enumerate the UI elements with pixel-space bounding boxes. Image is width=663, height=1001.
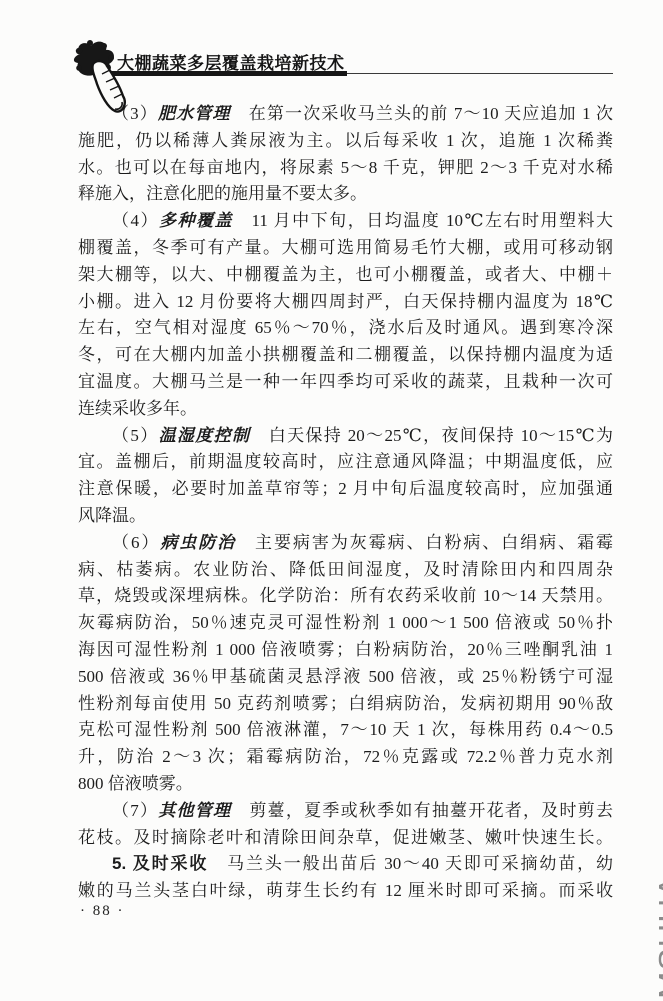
- para-8-timely-harvest: 5. 及时采收 马兰头一般出苗后 30～40 天即可采摘幼苗，幼嫩的马兰头茎白叶…: [78, 851, 613, 905]
- para-6-pest-disease-control: （6）病虫防治 主要病害为灰霉病、白粉病、白绢病、霜霉病、枯萎病。农业防治、降低…: [78, 530, 613, 798]
- text-line: 左右，空气相对湿度 65％～70％，浇水后及时通风。遇到寒冷深: [78, 315, 613, 342]
- vegetable-logo-icon: [70, 38, 132, 126]
- page-number: · 88 ·: [80, 903, 125, 920]
- text-line: 500 倍液或 36％甲基硫菌灵悬浮液 500 倍液，或 25％粉锈宁可湿: [78, 664, 613, 691]
- text-line: 海因可湿性粉剂 1 000 倍液喷雾；白粉病防治，20％三唑酮乳油 1: [78, 637, 613, 664]
- text-line: 小棚。进入 12 月份要将大棚四周封严，白天保持棚内温度为 18℃: [78, 289, 613, 316]
- text-line: 释施入，注意化肥的施用量不要太多。: [78, 181, 613, 208]
- watermark-text: MSHUA: [652, 875, 663, 999]
- text-line: 病、枯萎病。农业防治、降低田间湿度，及时清除田内和四周杂: [78, 557, 613, 584]
- text-line: （4）多种覆盖 11 月中下旬，日均温度 10℃左右时用塑料大: [78, 208, 613, 235]
- book-page: 大棚蔬菜多层覆盖栽培新技术 （3）肥水管理 在第一次采收马兰头的前 7～10 天…: [0, 0, 663, 1001]
- text-line: 嫩的马兰头茎白叶绿，萌芽生长约有 12 厘米时即可采摘。而采收: [78, 878, 613, 905]
- text-line: （5）温湿度控制 白天保持 20～25℃，夜间保持 10～15℃为: [78, 423, 613, 450]
- para-3-fertilizer-water: （3）肥水管理 在第一次采收马兰头的前 7～10 天应追加 1 次施肥，仍以稀薄…: [78, 101, 613, 208]
- para-5-temp-humidity-control: （5）温湿度控制 白天保持 20～25℃，夜间保持 10～15℃为宜。盖棚后，前…: [78, 423, 613, 530]
- text-line: 连续采收多年。: [78, 396, 613, 423]
- text-line: （3）肥水管理 在第一次采收马兰头的前 7～10 天应追加 1 次: [78, 101, 613, 128]
- text-line: 升，防治 2～3 次；霜霉病防治，72％克露或 72.2％普力克水剂: [78, 744, 613, 771]
- para-4-multi-layer-cover: （4）多种覆盖 11 月中下旬，日均温度 10℃左右时用塑料大棚覆盖，冬季可有产…: [78, 208, 613, 422]
- text-line: 5. 及时采收 马兰头一般出苗后 30～40 天即可采摘幼苗，幼: [78, 851, 613, 878]
- text-line: 性粉剂每亩使用 50 克药剂喷雾；白绢病防治，发病初期用 90％敌: [78, 691, 613, 718]
- text-line: 草，烧毁或深埋病株。化学防治：所有农药采收前 10～14 天禁用。: [78, 583, 613, 610]
- text-line: 灰霉病防治，50％速克灵可湿性粉剂 1 000～1 500 倍液或 50％扑: [78, 610, 613, 637]
- text-line: 注意保暖，必要时加盖草帘等；2 月中旬后温度较高时，应加强通: [78, 476, 613, 503]
- text-line: 克松可湿性粉剂 500 倍液淋灌，7～10 天 1 次，每株用药 0.4～0.5: [78, 717, 613, 744]
- text-line: 水。也可以在每亩地内，将尿素 5～8 千克，钾肥 2～3 千克对水稀: [78, 155, 613, 182]
- text-line: （6）病虫防治 主要病害为灰霉病、白粉病、白绢病、霜霉: [78, 530, 613, 557]
- para-7-other-management: （7）其他管理 剪薹，夏季或秋季如有抽薹开花者，及时剪去花枝。及时摘除老叶和清除…: [78, 798, 613, 852]
- text-line: 800 倍液喷雾。: [78, 771, 613, 798]
- text-line: 风降温。: [78, 503, 613, 530]
- text-line: 架大棚等，以大、中棚覆盖为主，也可小棚覆盖，或者大、中棚＋: [78, 262, 613, 289]
- text-block: （3）肥水管理 在第一次采收马兰头的前 7～10 天应追加 1 次施肥，仍以稀薄…: [78, 101, 613, 905]
- text-line: 宜温度。大棚马兰是一种一年四季均可采收的蔬菜，且栽种一次可: [78, 369, 613, 396]
- text-line: 棚覆盖，冬季可有产量。大棚可选用简易毛竹大棚，或用可移动钢: [78, 235, 613, 262]
- page-title: 大棚蔬菜多层覆盖栽培新技术: [117, 49, 345, 74]
- text-line: 宜。盖棚后，前期温度较高时，应注意通风降温；中期温度低，应: [78, 449, 613, 476]
- header-rule-thin: [347, 73, 613, 75]
- text-line: 花枝。及时摘除老叶和清除田间杂草，促进嫩茎、嫩叶快速生长。: [78, 825, 613, 852]
- text-line: 冬，可在大棚内加盖小拱棚覆盖和二棚覆盖，以保持棚内温度为适: [78, 342, 613, 369]
- text-line: 施肥，仍以稀薄人粪尿液为主。以后每采收 1 次，追施 1 次稀粪: [78, 128, 613, 155]
- text-line: （7）其他管理 剪薹，夏季或秋季如有抽薹开花者，及时剪去: [78, 798, 613, 825]
